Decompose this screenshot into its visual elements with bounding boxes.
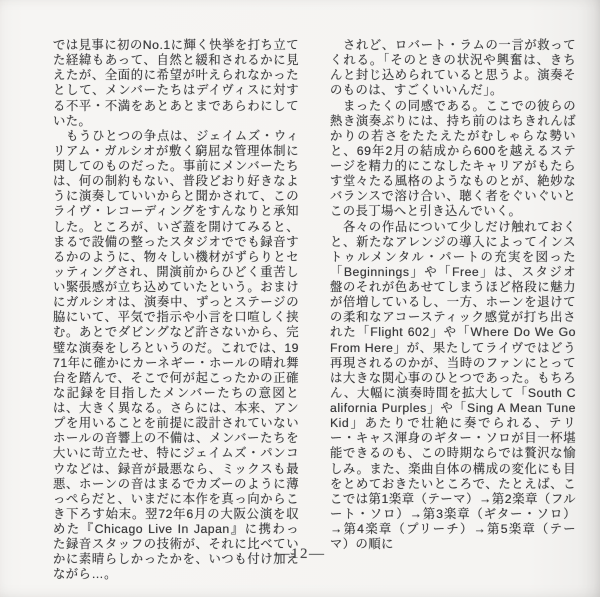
text-column-right: されど、ロバート・ラムの一言が救ってくれる。「そのときの状況や興奮は、きちんと封… [330,38,576,552]
paragraph: まったくの同感である。ここでの彼らの熱き演奏ぶりには、持ち前のはちきれんばかりの… [330,99,576,220]
text-column-left: では見事に初のNo.1に輝く快挙を打ち立てた経緯もあって、自然と緩和されるかに見… [53,38,299,583]
paragraph: されど、ロバート・ラムの一言が救ってくれる。「そのときの状況や興奮は、きちんと封… [330,38,576,99]
paragraph: 各々の作品について少しだけ触れておくと、新たなアレンジの導入によってインストゥル… [330,220,576,553]
scanned-page: では見事に初のNo.1に輝く快挙を打ち立てた経緯もあって、自然と緩和されるかに見… [0,0,600,597]
paragraph: では見事に初のNo.1に輝く快挙を打ち立てた経緯もあって、自然と緩和されるかに見… [53,38,299,129]
page-number: —12— [0,546,600,563]
paragraph: もうひとつの争点は、ジェイムズ・ウィリアム・ガルシオが敷く窮屈な管理体制に関して… [53,129,299,583]
